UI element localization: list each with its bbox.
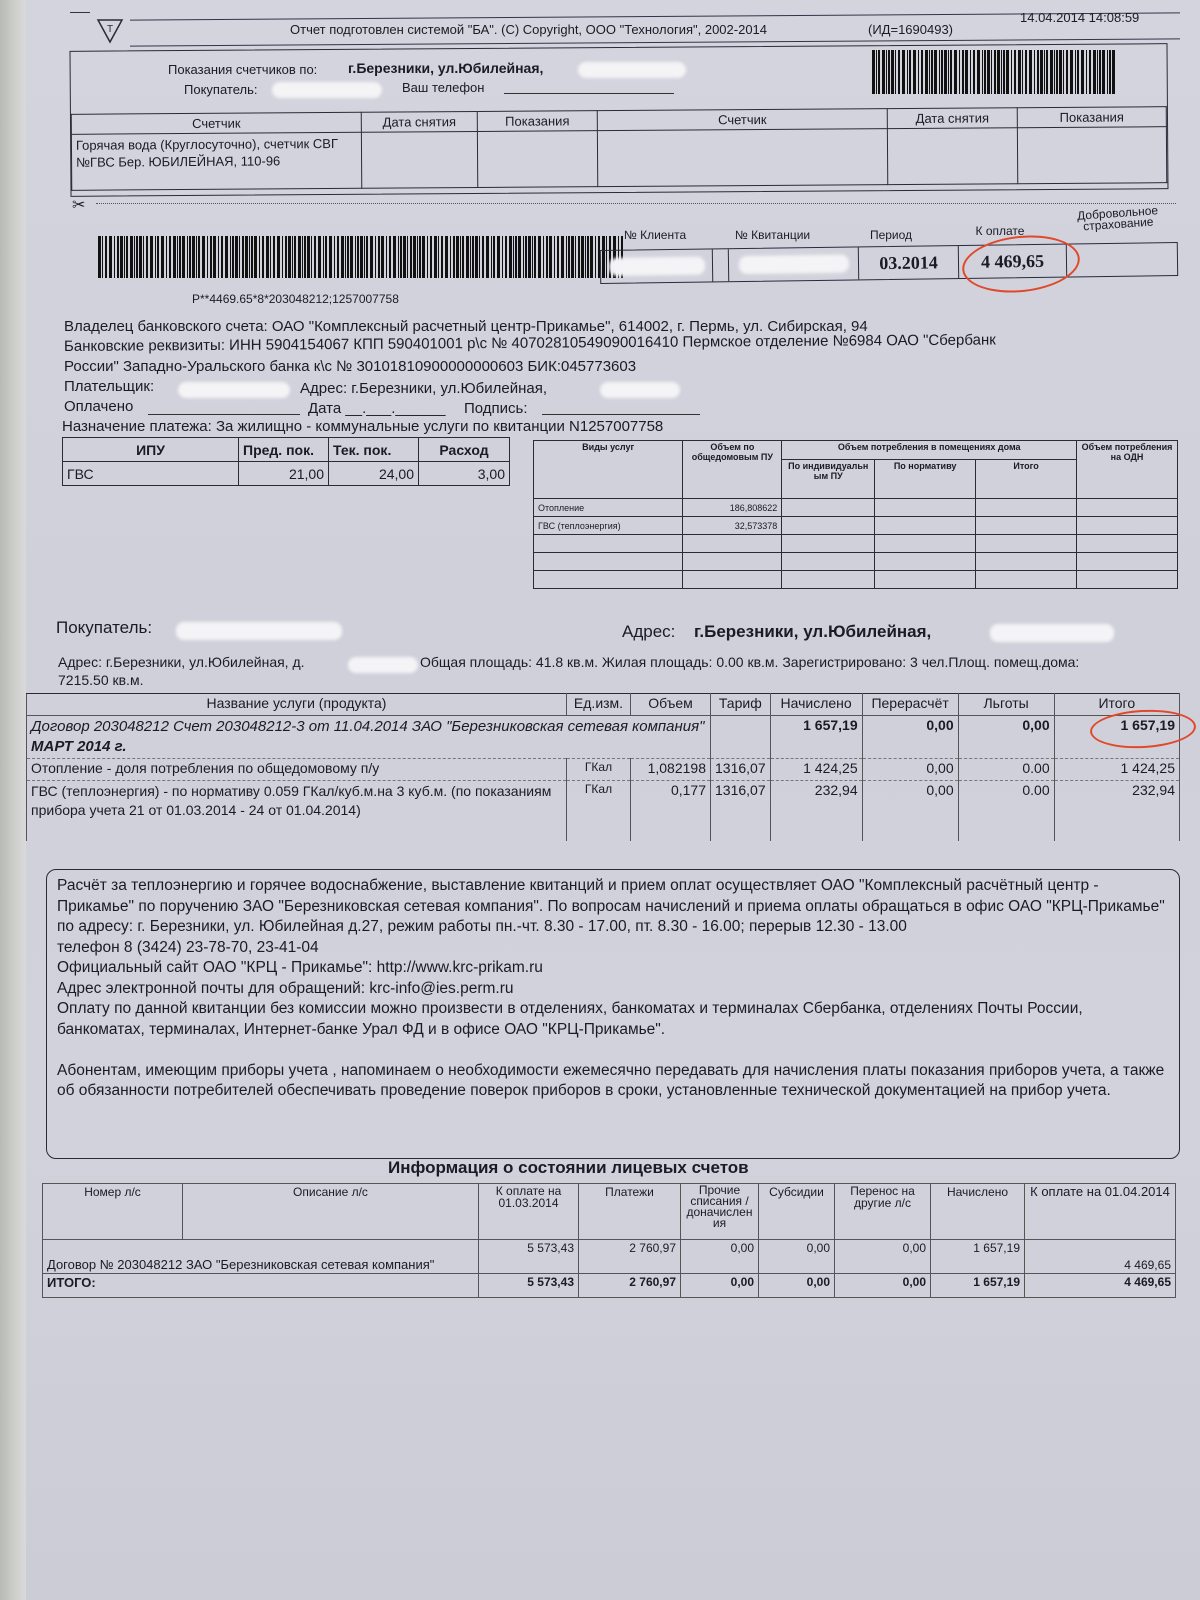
col-transfer: Перенос на другие л/с (835, 1184, 931, 1240)
redacted-buyer (272, 82, 382, 98)
report-id: (ИД=1690493) (868, 22, 953, 37)
info-notice-box: Расчёт за теплоэнергию и горячее водосна… (46, 869, 1180, 1159)
meter-barcode (872, 50, 1116, 94)
col-service-name: Название услуги (продукта) (27, 694, 567, 716)
col-date: Дата снятия (361, 111, 477, 132)
redacted-customer-address (990, 624, 1114, 642)
ipu-usage: 3,00 (419, 462, 510, 486)
payer-address: Адрес: г.Березники, ул.Юбилейная, (300, 380, 547, 397)
service-name: Отопление - доля потребления по общедомо… (27, 759, 567, 781)
col-readings-2: Показания (1017, 107, 1166, 128)
service-volume: 0,177 (631, 781, 711, 841)
service-volume: 1,082198 (631, 759, 711, 781)
odn-service: ГВС (теплоэнергия) (534, 517, 683, 535)
col-due-end: К оплате на 01.04.2014 (1025, 1184, 1176, 1240)
account-payments: 2 760,97 (579, 1240, 681, 1274)
contract-benefits: 0,00 (958, 716, 1054, 759)
total-due-end: 4 469,65 (1025, 1274, 1176, 1298)
col-individual: По индивидуальн ым ПУ (782, 459, 875, 498)
redacted-receipt-no (738, 255, 848, 275)
date-input-2[interactable] (887, 128, 1017, 185)
phone-label: Ваш телефон (402, 80, 484, 95)
odn-common: 32,573378 (683, 517, 782, 535)
contract-title: Договор 203048212 Счет 203048212-3 от 11… (31, 718, 704, 735)
redacted-house-no (348, 657, 418, 673)
total-label: ИТОГО: (43, 1274, 479, 1298)
col-volume: Объем (631, 694, 711, 716)
date-input[interactable] (361, 131, 477, 188)
col-norm: По нормативу (875, 459, 976, 498)
odn-common: 186,808622 (683, 499, 782, 517)
insurance-value (1067, 243, 1177, 277)
customer-address-value: г.Березники, ул.Юбилейная, (694, 622, 931, 642)
contract-recalc: 0,00 (862, 716, 958, 759)
account-transfer: 0,00 (835, 1240, 931, 1274)
service-recalc: 0,00 (862, 781, 958, 841)
date-label: Дата __.___.______ (308, 400, 445, 417)
col-odn: Объем потребления на ОДН (1077, 441, 1178, 499)
accounts-table: Номер л/с Описание л/с К оплате на 01.03… (42, 1183, 1176, 1298)
redacted-payer-house (600, 382, 680, 398)
col-tariff: Тариф (711, 694, 771, 716)
service-unit: ГКал (567, 781, 631, 841)
info-reminder: Абонентам, имеющим приборы учета , напом… (57, 1061, 1169, 1102)
col-readings: Показания (477, 111, 597, 132)
service-total: 1 424,25 (1054, 759, 1179, 781)
service-tariff: 1316,07 (711, 781, 771, 841)
customer-address-label: Адрес: (622, 622, 675, 642)
col-subsidies: Субсидии (759, 1184, 835, 1240)
signature-label: Подпись: (464, 400, 528, 417)
col-due-start: К оплате на 01.03.2014 (479, 1184, 579, 1240)
ipu-curr: 24,00 (329, 462, 419, 486)
customer-details-a: Адрес: г.Березники, ул.Юбилейная, д. (58, 654, 305, 670)
ipu-prev: 21,00 (239, 462, 329, 486)
col-account-desc: Описание л/с (183, 1184, 479, 1240)
contract-month: МАРТ 2014 г. (31, 738, 127, 755)
col-unit: Ед.изм. (567, 694, 631, 716)
service-tariff: 1316,07 (711, 759, 771, 781)
col-client-no: № Клиента (610, 228, 700, 242)
service-charged: 1 424,25 (770, 759, 862, 781)
scissors-icon: ✂ (72, 195, 85, 215)
account-due-end: 4 469,65 (1025, 1240, 1176, 1274)
col-charged: Начислено (931, 1184, 1025, 1240)
total-transfer: 0,00 (835, 1274, 931, 1298)
col-period: Период (856, 228, 926, 242)
total-charged: 1 657,19 (931, 1274, 1025, 1298)
col-curr: Тек. пок. (329, 438, 419, 462)
service-benefits: 0.00 (958, 781, 1054, 841)
payment-barcode (98, 236, 624, 278)
accounts-title: Информация о состоянии лицевых счетов (388, 1158, 749, 1178)
col-meter: Счетчик (71, 112, 361, 134)
redacted-payer (178, 382, 290, 398)
col-other: Прочие списания / доначислен ия (681, 1184, 759, 1240)
phone-input-line[interactable] (504, 93, 674, 94)
service-charged: 232,94 (770, 781, 862, 841)
services-table: Название услуги (продукта) Ед.изм. Объем… (26, 693, 1180, 841)
account-description: Договор № 203048212 ЗАО "Березниковская … (43, 1240, 479, 1274)
service-name: ГВС (теплоэнергия) - по нормативу 0.059 … (27, 781, 567, 841)
readings-address: г.Березники, ул.Юбилейная, (348, 60, 543, 76)
total-payments: 2 760,97 (579, 1274, 681, 1298)
system-copyright: Отчет подготовлен системой "БА". (C) Cop… (290, 22, 767, 37)
ipu-name: ГВС (63, 462, 239, 486)
info-payment: Оплату по данной квитанции без комиссии … (57, 999, 1169, 1040)
col-usage: Расход (419, 438, 510, 462)
service-recalc: 0,00 (862, 759, 958, 781)
redacted-customer (176, 622, 342, 640)
period-value: 03.2014 (859, 246, 959, 279)
col-premises-group: Объем потребления в помещениях дома (782, 441, 1077, 460)
redacted-client-no (608, 257, 704, 276)
info-email: Адрес электронной почты для обращений: k… (57, 979, 1169, 1000)
customer-buyer-label: Покупатель: (56, 618, 152, 638)
account-subsidies: 0,00 (759, 1240, 835, 1274)
header-rule (70, 12, 90, 13)
col-payments: Платежи (579, 1184, 681, 1240)
triangle-t-logo-icon: T (96, 18, 124, 44)
col-prev: Пред. пок. (239, 438, 329, 462)
total-subsidies: 0,00 (759, 1274, 835, 1298)
service-total: 232,94 (1054, 781, 1179, 841)
customer-details-b: Общая площадь: 41.8 кв.м. Жилая площадь:… (420, 654, 1079, 670)
col-service-type: Виды услуг (534, 441, 683, 499)
service-benefits: 0.00 (958, 759, 1054, 781)
reading-input-2[interactable] (1017, 127, 1166, 184)
col-account-no: Номер л/с (43, 1184, 183, 1240)
col-benefits: Льготы (958, 694, 1054, 716)
col-recalc: Перерасчёт (862, 694, 958, 716)
cut-line (96, 203, 1176, 204)
paid-label: Оплачено (64, 398, 133, 415)
meter-2-cell (597, 129, 887, 187)
readings-for-label: Показания счетчиков по: (168, 62, 317, 77)
contract-charged: 1 657,19 (770, 716, 862, 759)
info-paragraph: Расчёт за теплоэнергию и горячее водосна… (57, 876, 1169, 938)
meter-readings-table: Счетчик Дата снятия Показания Счетчик Да… (71, 106, 1168, 191)
col-ipu: ИПУ (63, 438, 239, 462)
col-date-2: Дата снятия (887, 108, 1017, 129)
total-due-start: 5 573,43 (479, 1274, 579, 1298)
col-charged: Начислено (770, 694, 862, 716)
info-phone: телефон 8 (3424) 23-78-70, 23-41-04 (57, 938, 1169, 959)
signature-input-line[interactable] (542, 414, 700, 415)
info-site: Официальный сайт ОАО "КРЦ - Прикамье": h… (57, 958, 1169, 979)
total-other: 0,00 (681, 1274, 759, 1298)
meter-name: Горячая вода (Круглосуточно), счетчик СВ… (71, 132, 361, 190)
bank-details-line2: России" Западно-Уральского банка к\с № 3… (64, 358, 636, 375)
reading-input[interactable] (477, 131, 597, 188)
col-common-meter: Объем по общедомовым ПУ (683, 441, 782, 499)
payer-label: Плательщик: (64, 378, 154, 395)
col-meter-2: Счетчик (597, 109, 887, 131)
account-due-start: 5 573,43 (479, 1240, 579, 1274)
service-unit: ГКал (567, 759, 631, 781)
barcode-text: P**4469.65*8*203048212;1257007758 (192, 292, 399, 306)
paid-input-line[interactable] (148, 414, 300, 415)
col-receipt-no: № Квитанции (715, 228, 830, 242)
redacted-house (578, 62, 686, 78)
odn-table: Виды услуг Объем по общедомовым ПУ Объем… (533, 440, 1178, 589)
svg-text:T: T (107, 24, 113, 35)
col-total: Итого (976, 459, 1077, 498)
table-surface (0, 0, 26, 1600)
account-other: 0,00 (681, 1240, 759, 1274)
payment-purpose: Назначение платежа: За жилищно - коммуна… (62, 418, 663, 435)
customer-details-c: 7215.50 кв.м. (58, 672, 143, 688)
odn-service: Отопление (534, 499, 683, 517)
report-datetime: 14.04.2014 14:08:59 (1020, 10, 1139, 25)
ipu-table: ИПУ Пред. пок. Тек. пок. Расход ГВС 21,0… (62, 437, 510, 486)
buyer-label: Покупатель: (184, 82, 257, 97)
account-charged: 1 657,19 (931, 1240, 1025, 1274)
